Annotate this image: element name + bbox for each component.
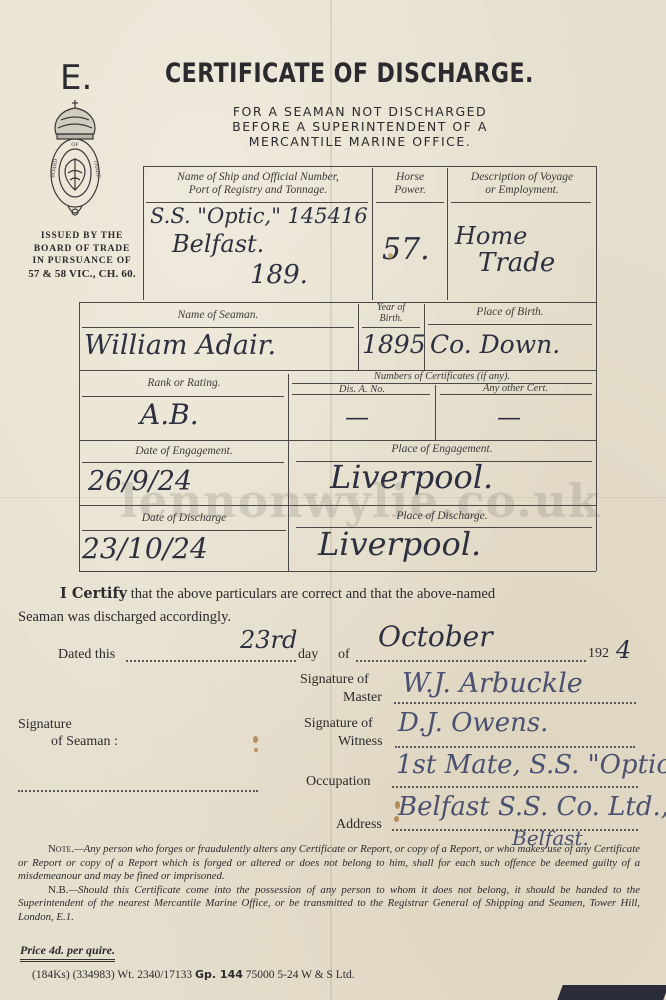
month-value: October	[378, 620, 493, 653]
dated-label: Dated this	[58, 647, 115, 663]
certify-line-1: I Certify that the above particulars are…	[60, 585, 495, 603]
stain	[253, 736, 258, 743]
dis-a-no-value: —	[345, 403, 369, 431]
occupation-value: 1st Mate, S.S. "Optic",	[396, 750, 666, 780]
other-cert-header: Any other Cert.	[438, 382, 593, 395]
certify-line-2: Seaman was discharged accordingly.	[18, 609, 231, 626]
header-line: Name of Ship and Official Number,	[146, 171, 370, 184]
nb-paragraph: N.B.—Should this Certificate come into t…	[18, 884, 640, 925]
stain	[254, 748, 258, 752]
table-divider	[82, 530, 286, 531]
certificate-page: E. CERTIFICATE OF DISCHARGE. FOR A SEAMA…	[0, 0, 666, 1000]
witness-label-1: Signature of	[304, 716, 373, 732]
day-label: day	[298, 647, 318, 663]
year-prefix: 192	[588, 646, 609, 662]
day-dotted-line	[126, 660, 296, 662]
witness-dotted-line	[395, 746, 635, 748]
table-divider	[82, 462, 284, 463]
stain	[388, 253, 393, 259]
ship-name-header: Name of Ship and Official Number, Port o…	[146, 171, 370, 197]
table-divider	[376, 202, 444, 203]
svg-text:BOARD: BOARD	[50, 158, 59, 178]
occupation-dotted-line	[392, 786, 638, 788]
horse-power-header: Horse Power.	[374, 171, 446, 197]
seaman-signature-label-2: of Seaman :	[51, 734, 118, 750]
horse-power-value: 57.	[382, 232, 430, 267]
seaman-name-header: Name of Seaman.	[82, 309, 354, 322]
torn-edge	[557, 985, 666, 1000]
port-of-registry-value: Belfast.	[172, 230, 264, 258]
table-divider	[82, 396, 284, 397]
place-of-discharge-value: Liverpool.	[318, 525, 481, 563]
year-of-birth-header: Year of Birth.	[360, 302, 422, 324]
seaman-name-value: William Adair.	[84, 330, 276, 361]
certify-lead: I Certify	[60, 585, 127, 602]
date-of-discharge-value: 23/10/24	[82, 532, 208, 565]
month-dotted-line	[356, 660, 586, 662]
of-label: of	[338, 647, 350, 663]
table-divider	[447, 168, 448, 300]
table-border	[79, 302, 596, 303]
place-of-discharge-header: Place of Discharge.	[292, 510, 592, 523]
svg-text:OF: OF	[71, 142, 79, 148]
header-line: Port of Registry and Tonnage.	[146, 184, 370, 197]
day-value: 23rd	[240, 626, 297, 654]
table-border	[79, 571, 596, 572]
rank-header: Rank or Rating.	[82, 377, 286, 390]
table-divider	[372, 168, 373, 300]
address-label: Address	[336, 817, 382, 833]
certificate-title: CERTIFICATE OF DISCHARGE.	[165, 58, 534, 89]
table-divider	[288, 374, 289, 440]
certificate-subtitle: FOR A SEAMAN NOT DISCHARGED BEFORE A SUP…	[190, 104, 530, 149]
header-line: or Employment.	[449, 184, 595, 197]
year-of-birth-value: 1895	[362, 330, 426, 359]
header-line: Horse	[374, 171, 446, 184]
witness-signature: D.J. Owens.	[398, 708, 548, 738]
table-divider	[82, 327, 354, 328]
subtitle-line: FOR A SEAMAN NOT DISCHARGED	[190, 104, 530, 119]
table-border	[143, 166, 596, 167]
stain	[394, 816, 399, 822]
date-of-discharge-header: Date of Discharge	[82, 512, 286, 525]
place-of-birth-header: Place of Birth.	[426, 306, 594, 319]
tonnage-value: 189.	[250, 260, 308, 290]
seaman-signature-line[interactable]	[18, 790, 258, 792]
printer-code-bold: Gp. 144	[195, 968, 243, 981]
table-divider	[435, 385, 436, 440]
master-label-1: Signature of	[300, 672, 369, 688]
issued-by-text: ISSUED BY THE BOARD OF TRADE IN PURSUANC…	[20, 230, 144, 280]
form-letter: E.	[60, 58, 92, 98]
table-divider	[358, 304, 359, 370]
legal-note: Note.—Any person who forges or fraudulen…	[18, 843, 640, 924]
nb-text: —Should this Certificate come into the p…	[18, 884, 640, 923]
voyage-value-line-2: Trade	[478, 248, 555, 278]
master-dotted-line	[394, 702, 636, 704]
dis-a-no-header: Dis. A. No.	[292, 383, 432, 396]
table-divider	[362, 327, 420, 328]
nb-label: N.B.	[48, 884, 68, 896]
subtitle-line: MERCANTILE MARINE OFFICE.	[190, 134, 530, 149]
rank-value: A.B.	[140, 398, 199, 431]
printer-code: (184Ks) (334983) Wt. 2340/17133 Gp. 144 …	[32, 968, 355, 981]
address-value-line-1: Belfast S.S. Co. Ltd.,	[398, 792, 666, 822]
subtitle-line: BEFORE A SUPERINTENDENT OF A	[190, 119, 530, 134]
note-label: Note.	[48, 843, 74, 855]
header-line: Power.	[374, 184, 446, 197]
issued-line: BOARD OF TRADE	[20, 243, 144, 256]
svg-text:TRADE: TRADE	[92, 159, 101, 178]
seaman-signature-label-1: Signature	[18, 717, 72, 733]
printer-code-part: 75000 5-24 W & S Ltd.	[246, 969, 355, 981]
issued-line: 57 & 58 VIC., CH. 60.	[20, 268, 144, 281]
stain	[395, 801, 400, 809]
master-label-2: Master	[343, 690, 382, 706]
table-divider	[79, 440, 596, 441]
table-border	[79, 302, 80, 571]
table-divider	[428, 324, 592, 325]
table-divider	[146, 202, 368, 203]
master-signature: W.J. Arbuckle	[402, 668, 583, 699]
year-suffix-value: 4	[616, 636, 631, 664]
date-of-engagement-header: Date of Engagement.	[82, 445, 286, 458]
header-line: Year of	[360, 302, 422, 313]
certify-text: that the above particulars are correct a…	[131, 586, 495, 602]
note-paragraph: Note.—Any person who forges or fraudulen…	[18, 843, 640, 884]
header-line: Description of Voyage	[449, 171, 595, 184]
board-of-trade-crest-icon: OF BOARD TRADE	[48, 98, 102, 222]
note-text: —Any person who forges or fraudulently a…	[18, 843, 640, 882]
issued-line: IN PURSUANCE OF	[20, 255, 144, 268]
place-of-engagement-header: Place of Engagement.	[292, 443, 592, 456]
table-border	[143, 166, 144, 300]
issued-line: ISSUED BY THE	[20, 230, 144, 243]
table-divider	[451, 202, 591, 203]
other-cert-value: —	[497, 403, 521, 431]
printer-code-part: (184Ks) (334983) Wt. 2340/17133	[32, 969, 192, 981]
ship-name-value: S.S. "Optic," 145416	[150, 204, 368, 228]
voyage-header: Description of Voyage or Employment.	[449, 171, 595, 197]
price-text: Price 4d. per quire.	[20, 943, 115, 962]
voyage-value-line-1: Home	[455, 222, 527, 250]
witness-label-2: Witness	[338, 734, 383, 750]
place-of-birth-value: Co. Down.	[430, 330, 560, 359]
occupation-label: Occupation	[306, 774, 371, 790]
header-line: Birth.	[360, 313, 422, 324]
